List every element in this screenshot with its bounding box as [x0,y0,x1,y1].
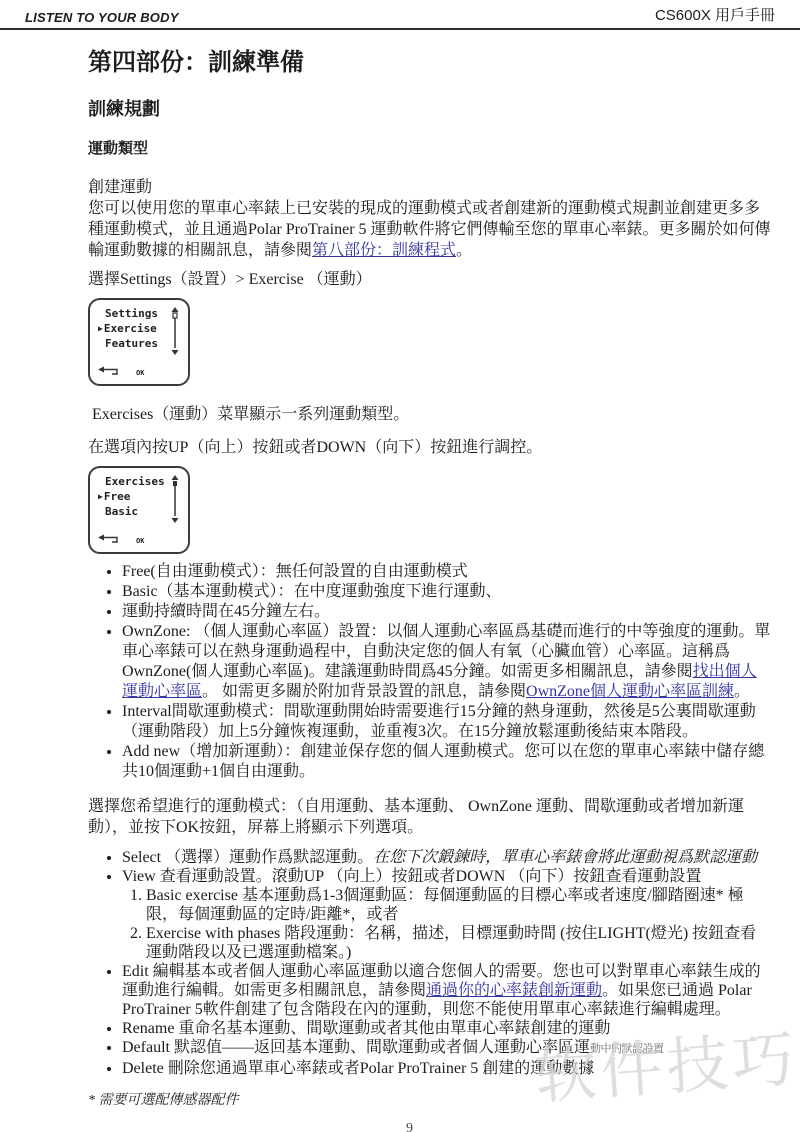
list-item-view: View 查看運動設置。滾動UP （向上）按鈕或者DOWN （向下）按鈕查看運動… [122,867,772,962]
device-screen-settings: Settings ▶Exercise Features OK [88,298,190,386]
back-arrow-icon [98,534,122,547]
list-item-duration: 運動持續時間在45分鐘左右。 [122,602,772,622]
scroll-indicator-icon [170,307,180,358]
training-plan-heading: 訓練規劃 [88,97,772,121]
choose-mode-paragraph: 選擇您希望進行的運動模式：（自用運動、基本運動、 OwnZone 運動、間歇運動… [88,796,772,838]
exercise-options-list: Select （選擇）運動作爲默認運動。在您下次鍛鍊時，單車心率錶會將此運動視爲… [88,848,772,1078]
list-item-ownzone: OwnZone: （個人運動心率區）設置：以個人運動心率區爲基礎而進行的中等強度… [122,622,772,702]
step2-instruction: 在選項內按UP（向上）按鈕或者DOWN（向下）按鈕進行調控。 [88,437,772,458]
ok-button-hint: OK [136,369,144,377]
list-item-basic: Basic（基本運動模式）：在中度運動強度下進行運動、 [122,582,772,602]
list-item-interval: Interval間歇運動模式：間歇運動開始時需要進行15分鐘的熱身運動，然後是5… [122,702,772,742]
lcd-button-hints: OK [98,534,180,547]
sub-item-exercise-with-phases: Exercise with phases 階段運動：名稱，描述，目標運動時間 (… [146,924,772,962]
page-header: LISTEN TO YOUR BODY CS600X 用戶手冊 [0,0,800,30]
exercise-types-heading: 運動類型 [88,139,772,159]
step1-instruction: 選擇Settings（設置）> Exercise （運動） [88,269,772,290]
selection-arrow-icon: ▶ [98,324,103,333]
brand-slogan: LISTEN TO YOUR BODY [25,10,179,25]
list-item-edit: Edit 編輯基本或者個人運動心率區運動以適合您個人的需要。您也可以對單車心率錶… [122,962,772,1019]
list-item-free: Free(自由運動模式）：無任何設置的自由運動模式 [122,562,772,582]
lcd-button-hints: OK [98,366,180,379]
selection-arrow-icon: ▶ [98,492,103,501]
page-content: 第四部份：訓練準備 訓練規劃 運動類型 創建運動 您可以使用您的單車心率錶上已安… [0,30,800,1110]
exercises-menu-note: Exercises（運動）菜單顯示一系列運動類型。 [88,404,772,425]
back-arrow-icon [98,366,122,379]
create-exercise-subheading: 創建運動 [88,177,772,198]
ok-button-hint: OK [136,537,144,545]
list-item-rename: Rename 重命名基本運動、間歇運動或者其他由單車心率錶創建的運動 [122,1019,772,1038]
manual-title: CS600X 用戶手冊 [655,4,775,25]
list-item-default: Default 默認值——返回基本運動、間歇運動或者個人運動心率區運動中的默認設… [122,1038,772,1059]
view-sub-list: Basic exercise 基本運動爲1-3個運動區：每個運動區的目標心率或者… [122,886,772,962]
device-screen-exercises: Exercises ▶Free Basic OK [88,466,190,554]
exercise-type-list: Free(自由運動模式）：無任何設置的自由運動模式 Basic（基本運動模式）：… [88,562,772,782]
list-item-select: Select （選擇）運動作爲默認運動。在您下次鍛鍊時，單車心率錶會將此運動視爲… [122,848,772,867]
sub-item-basic-exercise: Basic exercise 基本運動爲1-3個運動區：每個運動區的目標心率或者… [146,886,772,924]
intro-paragraph: 您可以使用您的單車心率錶上已安裝的現成的運動模式或者創建新的運動模式規劃並創建更… [88,198,772,261]
page-number: 9 [406,1121,413,1132]
list-item-delete: Delete 刪除您通過單車心率錶或者Polar ProTrainer 5 創建… [122,1059,772,1078]
list-item-add-new: Add new（增加新運動）：創建並保存您的個人運動模式。您可以在您的單車心率錶… [122,742,772,782]
inline-link[interactable]: 第八部份：訓練程式 [312,242,456,259]
part-title: 第四部份：訓練準備 [88,49,772,77]
scroll-indicator-icon [170,475,180,526]
sensor-footnote: * 需要可選配傳感器配件 [88,1092,772,1110]
inline-link[interactable]: 通過你的心率錶創新運動 [426,982,602,999]
inline-link[interactable]: OwnZone個人運動心率區訓練 [526,683,734,700]
